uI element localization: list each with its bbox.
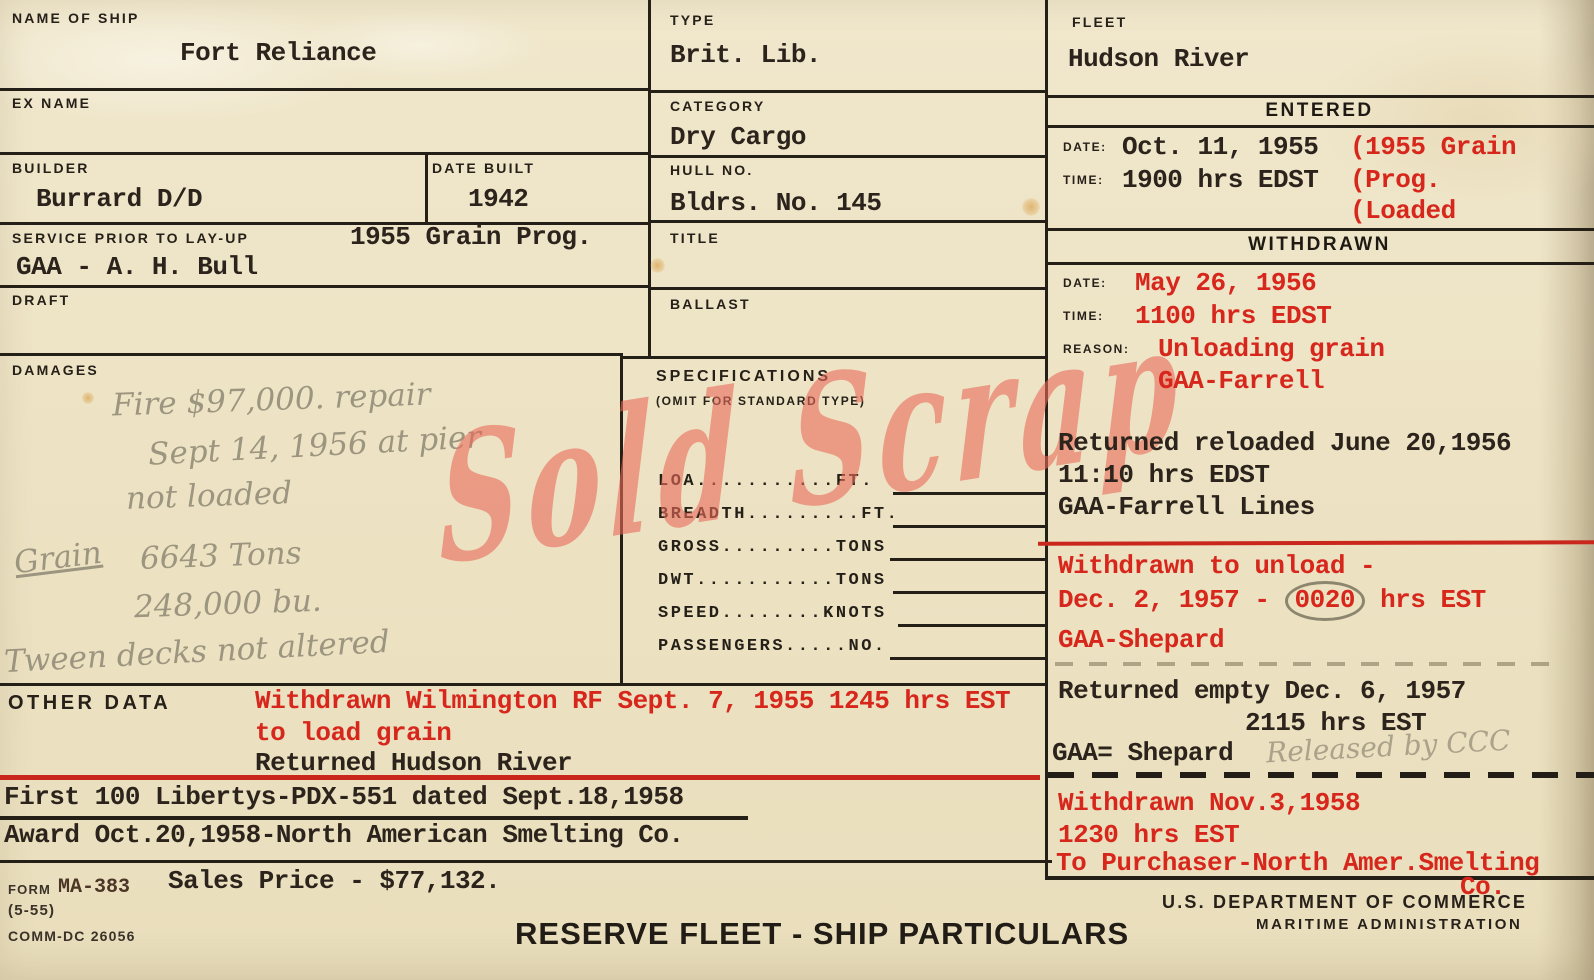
maritime-administration-label: MARITIME ADMINISTRATION <box>1256 916 1522 933</box>
hull-no-label: HULL NO. <box>670 162 753 178</box>
entered-time-value: 1900 hrs EDST <box>1122 165 1318 195</box>
form-number: MA-383 <box>58 876 130 899</box>
entered-date-value: Oct. 11, 1955 <box>1122 132 1318 162</box>
heavy-dashed-divider <box>1048 772 1594 778</box>
withdrawn-reason-value: Unloading grain <box>1158 334 1385 364</box>
ex-name-label: EX NAME <box>12 95 91 111</box>
service-prior-label: SERVICE PRIOR TO LAY-UP <box>12 230 249 246</box>
spec-blank-line <box>893 591 1046 594</box>
history-withdrawn-unload-line1: Withdrawn to unload - <box>1058 551 1375 581</box>
circled-time: 0020 <box>1285 581 1365 621</box>
fleet-label: FLEET <box>1072 14 1127 30</box>
type-value: Brit. Lib. <box>670 40 821 70</box>
grid-line <box>648 0 651 358</box>
builder-value: Burrard D/D <box>36 184 202 214</box>
damages-note: 248,000 bu. <box>133 583 322 626</box>
fleet-value: Hudson River <box>1068 44 1249 74</box>
service-prior-value: 1955 Grain Prog. <box>350 222 592 252</box>
damages-note: not loaded <box>125 475 292 517</box>
withdrawn-time-value: 1100 hrs EDST <box>1135 301 1331 331</box>
withdrawn-reason-label: REASON: <box>1063 342 1130 356</box>
grid-line <box>648 90 1045 93</box>
spec-blank-line <box>890 558 1046 561</box>
history-returned-reloaded-line3: GAA-Farrell Lines <box>1058 492 1315 522</box>
withdrawn-header: WITHDRAWN <box>1045 234 1594 256</box>
entered-date-label: DATE: <box>1063 140 1107 154</box>
grid-line <box>0 860 1052 863</box>
ballast-label: BALLAST <box>670 296 751 312</box>
damages-note: Tween decks not altered <box>3 624 390 680</box>
ship-particulars-card: NAME OF SHIP Fort Reliance EX NAME BUILD… <box>0 0 1594 980</box>
history-withdrawn-unload-line2: Dec. 2, 1957 - 0020 hrs EST <box>1058 585 1486 615</box>
spec-blank-line <box>898 624 1046 627</box>
draft-label: DRAFT <box>12 292 70 308</box>
form-label: FORM <box>8 882 51 897</box>
red-divider-line <box>0 775 1040 780</box>
withdrawn-reason-value2: GAA-Farrell <box>1158 366 1324 396</box>
entered-time-label: TIME: <box>1063 173 1104 187</box>
withdrawn-date-label: DATE: <box>1063 276 1107 290</box>
service-prior-value2: GAA - A. H. Bull <box>16 252 258 282</box>
grid-line <box>1045 262 1594 265</box>
name-of-ship-label: NAME OF SHIP <box>12 10 140 26</box>
spec-row-speed: SPEED........KNOTS <box>658 604 887 623</box>
red-rule-line <box>1038 540 1594 545</box>
history-returned-empty-line1: Returned empty Dec. 6, 1957 <box>1058 676 1466 706</box>
card-title: RESERVE FLEET - SHIP PARTICULARS <box>515 916 1129 952</box>
date-built-value: 1942 <box>468 184 528 214</box>
history-returned-empty-line3: GAA= Shepard <box>1052 738 1233 768</box>
entered-date-note: (1955 Grain <box>1350 132 1516 162</box>
entered-header: ENTERED <box>1045 100 1594 122</box>
spec-blank-line <box>890 657 1046 660</box>
underline <box>0 816 748 820</box>
damages-label: DAMAGES <box>12 362 99 378</box>
age-spot <box>650 258 665 273</box>
spec-row-passengers: PASSENGERS.....NO. <box>658 637 887 656</box>
grid-line <box>648 287 1045 290</box>
history-returned-reloaded-line1: Returned reloaded June 20,1956 <box>1058 428 1511 458</box>
builder-label: BUILDER <box>12 160 90 176</box>
other-data-line1: Withdrawn Wilmington RF Sept. 7, 1955 12… <box>255 686 1010 716</box>
withdrawn-date-value: May 26, 1956 <box>1135 268 1316 298</box>
grid-line <box>648 220 1045 223</box>
entered-time-note: (Prog. <box>1350 165 1441 195</box>
history-returned-reloaded-line2: 11:10 hrs EDST <box>1058 460 1269 490</box>
withdrawn-unload-tz: hrs EST <box>1365 585 1486 615</box>
type-label: TYPE <box>670 12 715 28</box>
other-data-line2: to load grain <box>255 718 451 748</box>
history-withdrawn-final-line2: 1230 hrs EST <box>1058 820 1239 850</box>
damages-note: Sept 14, 1956 at pier <box>147 419 482 472</box>
grid-line <box>0 152 648 155</box>
sales-price-note: Sales Price - $77,132. <box>168 866 500 896</box>
grid-line <box>0 353 622 356</box>
history-withdrawn-final-line1: Withdrawn Nov.3,1958 <box>1058 788 1360 818</box>
damages-note: 6643 Tons <box>139 535 302 577</box>
other-data-line3: Returned Hudson River <box>255 748 572 778</box>
dept-of-commerce-label: U.S. DEPARTMENT OF COMMERCE <box>1162 892 1527 913</box>
hull-no-value: Bldrs. No. 145 <box>670 188 881 218</box>
category-label: CATEGORY <box>670 98 765 114</box>
date-built-label: DATE BUILT <box>432 160 535 176</box>
damages-note: Fire $97,000. repair <box>111 376 431 423</box>
withdrawn-time-label: TIME: <box>1063 309 1104 323</box>
libertys-note: First 100 Libertys-PDX-551 dated Sept.18… <box>4 782 684 812</box>
grid-line <box>0 88 648 91</box>
faint-dashed-divider <box>1055 662 1565 666</box>
grid-line <box>648 155 1045 158</box>
spec-row-dwt: DWT...........TONS <box>658 571 887 590</box>
damages-note: Grain <box>12 535 104 581</box>
entered-extra-note: (Loaded <box>1350 196 1456 226</box>
name-of-ship-value: Fort Reliance <box>180 38 376 68</box>
withdrawn-unload-date: Dec. 2, 1957 - <box>1058 585 1285 615</box>
grid-line <box>1045 228 1594 231</box>
title-label: TITLE <box>670 230 720 246</box>
grid-line <box>1045 125 1594 128</box>
award-note: Award Oct.20,1958-North American Smeltin… <box>4 820 684 850</box>
form-comm-dc: COMM-DC 26056 <box>8 928 136 944</box>
grid-line <box>1045 95 1594 98</box>
category-value: Dry Cargo <box>670 122 806 152</box>
grid-line <box>425 152 428 222</box>
history-withdrawn-unload-line3: GAA-Shepard <box>1058 625 1224 655</box>
age-spot <box>82 392 94 404</box>
grid-line <box>0 285 648 288</box>
age-spot <box>1022 198 1040 216</box>
other-data-label: OTHER DATA <box>8 692 171 715</box>
form-revision: (5-55) <box>8 902 55 919</box>
